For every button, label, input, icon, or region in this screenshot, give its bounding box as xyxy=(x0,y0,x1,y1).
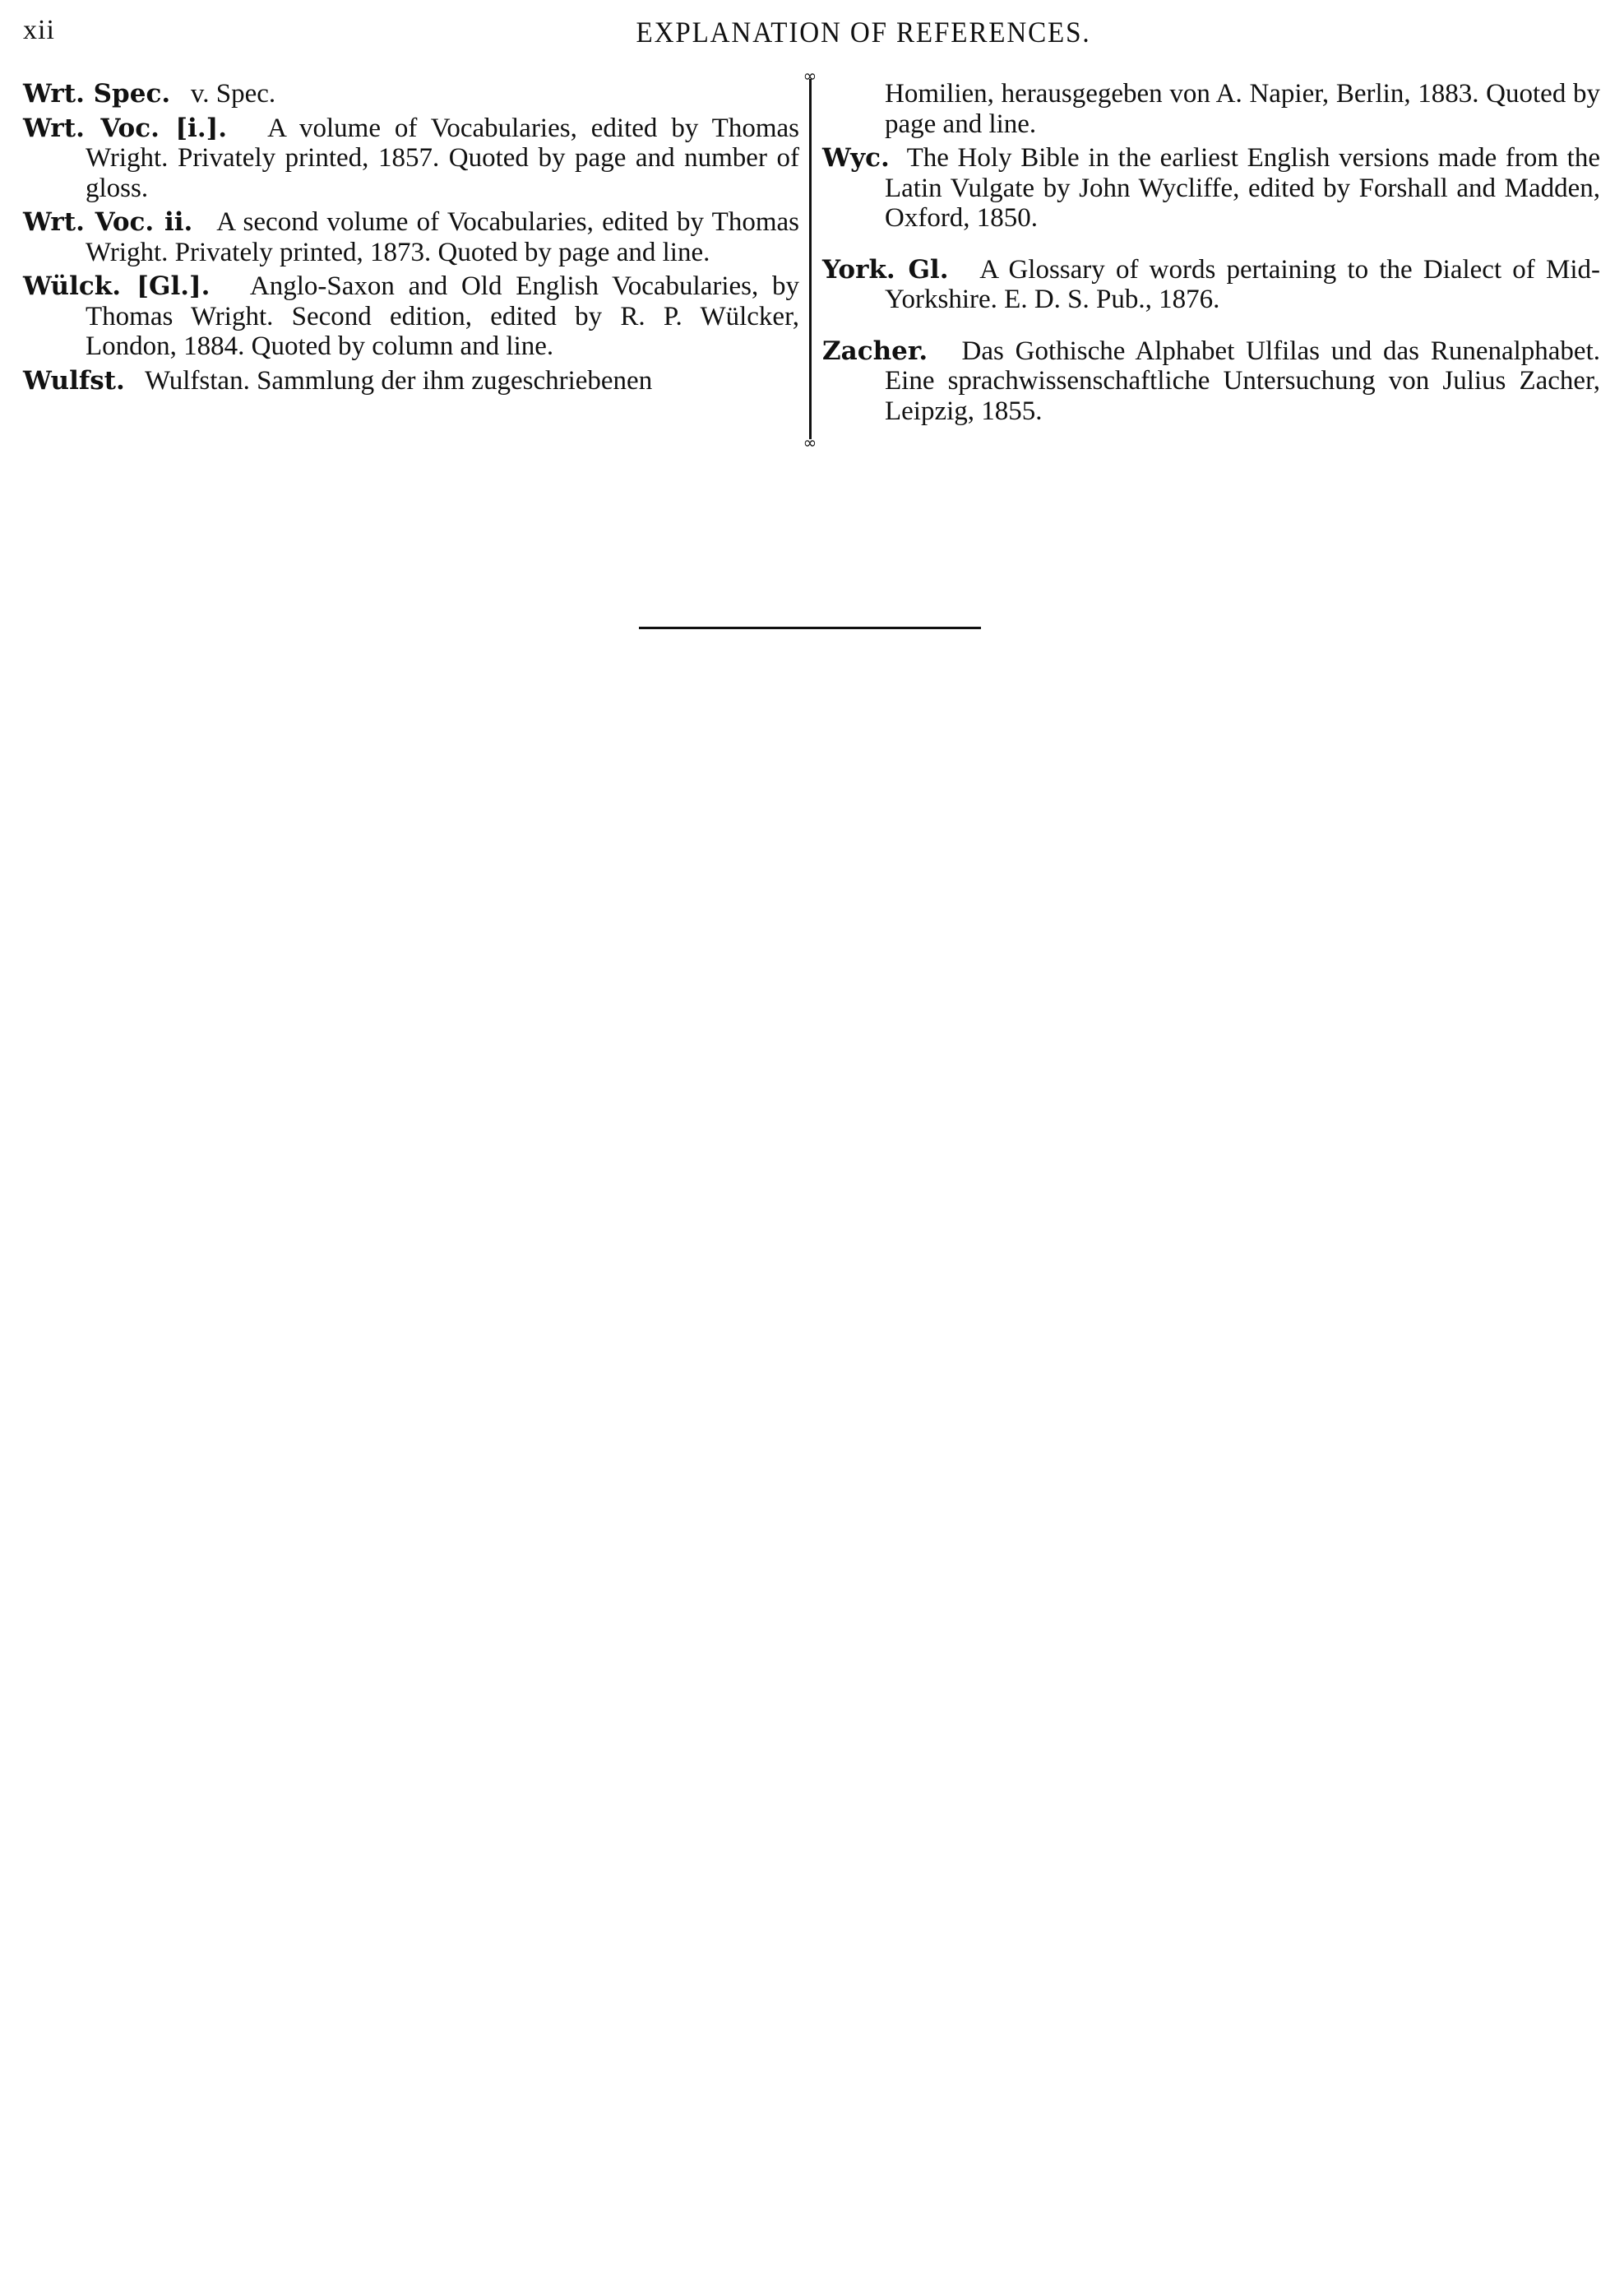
left-column: Wrt. Spec. v. Spec. Wrt. Voc. [i.]. A vo… xyxy=(23,79,799,400)
reference-entry: Wrt. Spec. v. Spec. xyxy=(23,79,799,109)
reference-entry: Zacher. Das Gothische Alphabet Ulfilas u… xyxy=(822,336,1600,427)
column-divider xyxy=(809,79,812,439)
reference-text: The Holy Bible in the earliest English v… xyxy=(885,143,1600,233)
reference-entry: Wrt. Voc. ii. A second volume of Vocabul… xyxy=(23,207,799,267)
reference-continuation: Homilien, herausgegeben von A. Napier, B… xyxy=(822,79,1600,139)
reference-abbreviation: Wyc. xyxy=(822,143,890,173)
reference-entry: Wrt. Voc. [i.]. A volume of Vocabularies… xyxy=(23,113,799,204)
page-title: EXPLANATION OF REFERENCES. xyxy=(69,15,1624,49)
running-head: xii EXPLANATION OF REFERENCES. xyxy=(0,15,1624,51)
reference-abbreviation: Wrt. Voc. [i.]. xyxy=(23,113,227,143)
reference-abbreviation: Zacher. xyxy=(822,336,928,366)
reference-text: A Glossary of words pertaining to the Di… xyxy=(885,255,1600,315)
reference-text: A second volume of Vocabularies, edited … xyxy=(86,207,799,267)
reference-text: Homilien, herausgegeben von A. Napier, B… xyxy=(885,79,1600,139)
section-end-rule xyxy=(639,627,981,629)
reference-abbreviation: Wülck. [Gl.]. xyxy=(23,271,210,301)
reference-entry: Wyc. The Holy Bible in the earliest Engl… xyxy=(822,143,1600,234)
flourish-ornament-icon: ∞ xyxy=(801,436,819,449)
reference-text: Das Gothische Alphabet Ulfilas und das R… xyxy=(885,336,1600,426)
reference-entry: Wülck. [Gl.]. Anglo-Saxon and Old Englis… xyxy=(23,271,799,362)
reference-entry: York. Gl. A Glossary of words pertaining… xyxy=(822,255,1600,315)
reference-abbreviation: Wrt. Voc. ii. xyxy=(23,207,192,237)
reference-entry: Wulfst. Wulfstan. Sammlung der ihm zuges… xyxy=(23,366,799,396)
right-column: Homilien, herausgegeben von A. Napier, B… xyxy=(822,79,1600,430)
reference-text: v. Spec. xyxy=(191,79,275,109)
reference-abbreviation: York. Gl. xyxy=(822,255,949,285)
reference-abbreviation: Wulfst. xyxy=(23,366,125,396)
reference-abbreviation: Wrt. Spec. xyxy=(23,79,170,109)
reference-text: Wulfstan. Sammlung der ihm zugeschrieben… xyxy=(145,366,652,396)
page-number: xii xyxy=(23,15,55,46)
